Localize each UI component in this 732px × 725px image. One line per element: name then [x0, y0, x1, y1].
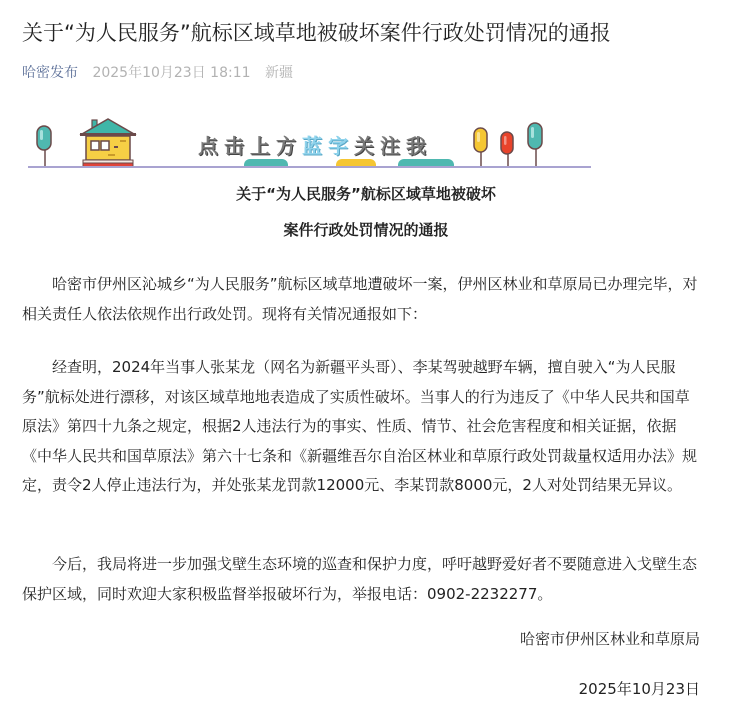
- tree-icon: [526, 121, 546, 168]
- paragraph-appeal: 今后，我局将进一步加强戈壁生态环境的巡查和保护力度，呼吁越野爱好者不要随意进入戈…: [22, 550, 702, 609]
- article-title: 关于“为人民服务”航标区域草地被破坏案件行政处罚情况的通报: [22, 18, 611, 48]
- article-meta: 哈密发布 2025年10月23日 18:11 新疆: [22, 63, 293, 83]
- publish-location: 新疆: [265, 65, 293, 81]
- paragraph-text: 今后，我局将进一步加强戈壁生态环境的巡查和保护力度，呼吁越野爱好者不要随意进入戈…: [22, 550, 702, 609]
- banner-divider: [28, 166, 591, 168]
- signature: 哈密市伊州区林业和草原局: [520, 628, 700, 650]
- bush-decoration: [398, 159, 454, 166]
- banner-text-suffix: 关注我: [354, 134, 432, 158]
- paragraph-findings: 经查明，2024年当事人张某龙（网名为新疆平头哥）、李某驾驶越野车辆，擅自驶入“…: [22, 353, 702, 501]
- tree-icon: [472, 126, 490, 168]
- banner-text-blue-2: 字: [328, 134, 354, 158]
- follow-prompt-text: 点击上方蓝字关注我: [198, 130, 432, 159]
- signature-date: 2025年10月23日: [579, 678, 700, 700]
- paragraph-text: 经查明，2024年当事人张某龙（网名为新疆平头哥）、李某驾驶越野车辆，擅自驶入“…: [22, 353, 702, 501]
- follow-banner: 点击上方蓝字关注我: [26, 112, 591, 174]
- paragraph-text: 哈密市伊州区沁城乡“为人民服务”航标区域草地遭破坏一案，伊州区林业和草原局已办理…: [22, 270, 702, 329]
- bush-decoration: [244, 159, 288, 166]
- author-link[interactable]: 哈密发布: [22, 65, 78, 81]
- banner-text-blue-1: 蓝: [302, 134, 328, 158]
- notice-heading-line1: 关于“为人民服务”航标区域草地被破坏: [0, 183, 732, 205]
- house-icon: [78, 116, 138, 168]
- tree-icon: [499, 130, 517, 168]
- notice-heading-line2: 案件行政处罚情况的通报: [0, 219, 732, 241]
- paragraph-intro: 哈密市伊州区沁城乡“为人民服务”航标区域草地遭破坏一案，伊州区林业和草原局已办理…: [22, 270, 702, 329]
- publish-time: 2025年10月23日 18:11: [92, 65, 250, 81]
- bush-decoration: [336, 159, 376, 166]
- banner-text-prefix: 点击上方: [198, 134, 302, 158]
- tree-icon: [34, 124, 56, 168]
